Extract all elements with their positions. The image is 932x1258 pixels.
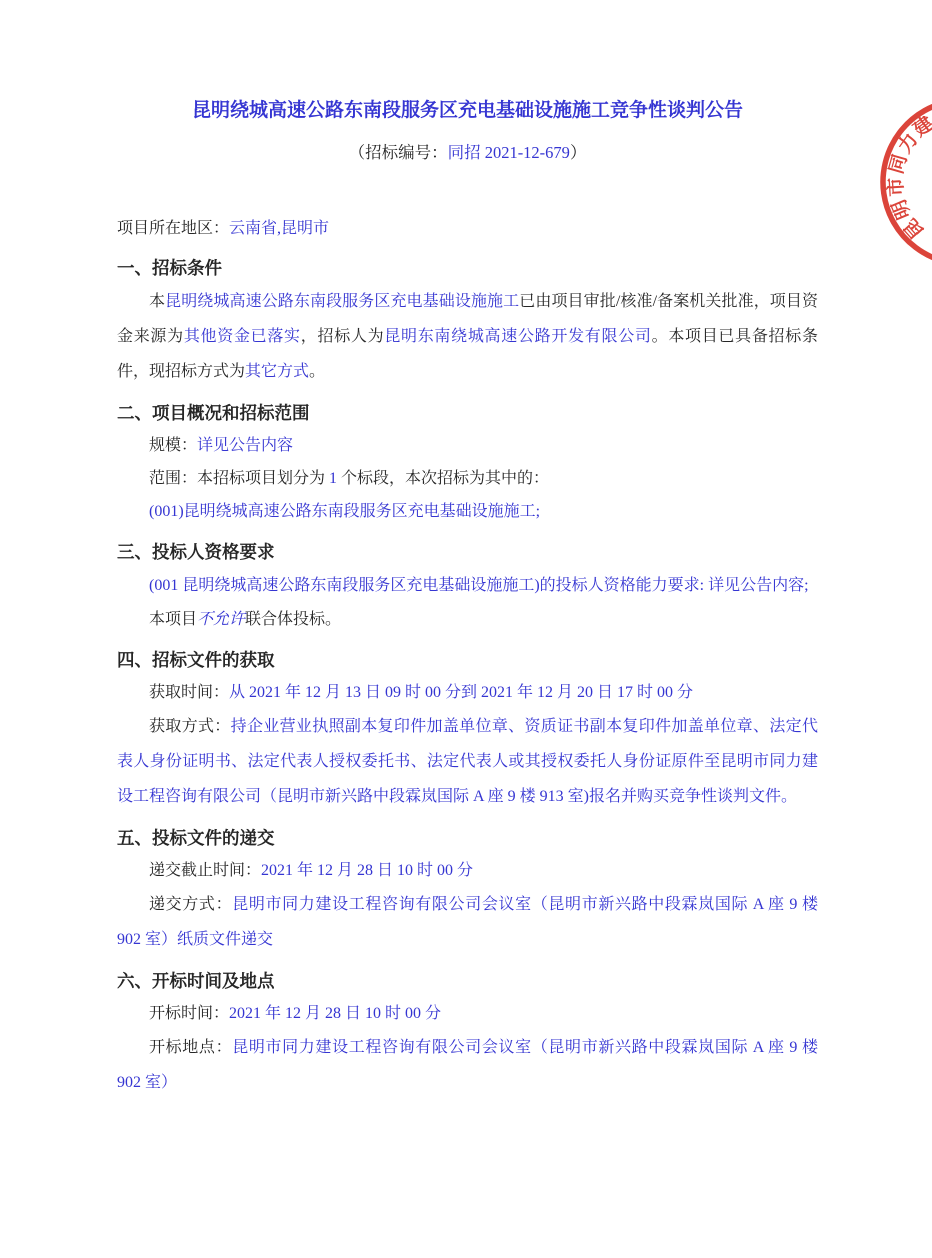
- section-4-heading-run-0: 四、招标文件的获取: [117, 650, 275, 670]
- qualification-paragraph-run-0: (001 昆明绕城高速公路东南段服务区充电基础设施施工)的投标人资格能力要求: …: [149, 577, 809, 594]
- qualification-paragraph: (001 昆明绕城高速公路东南段服务区充电基础设施施工)的投标人资格能力要求: …: [117, 568, 818, 603]
- consortium-line-run-0: 本项目: [149, 611, 197, 628]
- scope-line-run-0: 范围：本招标项目划分为: [149, 470, 329, 487]
- obtain-time-line-run-1: 从 2021 年 12 月 13 日 09 时 00 分到 2021 年 12 …: [229, 684, 693, 701]
- scale-line-run-0: 规模：: [149, 437, 197, 454]
- doc-title-run-0: 昆明绕城高速公路东南段服务区充电基础设施施工竞争性谈判公告: [192, 100, 743, 121]
- section-1-paragraph-run-4: ，招标人为: [301, 328, 385, 345]
- submission-deadline-line-run-0: 递交截止时间：: [149, 862, 261, 879]
- submission-deadline-line: 递交截止时间：2021 年 12 月 28 日 10 时 00 分: [117, 854, 818, 887]
- obtain-time-line: 获取时间：从 2021 年 12 月 13 日 09 时 00 分到 2021 …: [117, 676, 818, 709]
- section-1-paragraph-run-1: 昆明绕城高速公路东南段服务区充电基础设施施工: [165, 293, 519, 310]
- section-3-heading: 三、投标人资格要求: [117, 536, 818, 568]
- section-2-heading: 二、项目概况和招标范围: [117, 397, 818, 429]
- submission-method-paragraph: 递交方式：昆明市同力建设工程咨询有限公司会议室（昆明市新兴路中段霖岚国际 A 座…: [117, 887, 818, 957]
- scale-line: 规模：详见公告内容: [117, 429, 818, 462]
- consortium-line: 本项目不允许联合体投标。: [117, 603, 818, 636]
- section-3-heading-run-0: 三、投标人资格要求: [117, 542, 275, 562]
- scope-line-run-1: 1: [329, 470, 337, 487]
- opening-place-paragraph-run-0: 开标地点：: [149, 1039, 232, 1056]
- section-1-paragraph-run-0: 本: [149, 293, 165, 310]
- section-1-paragraph-run-8: 。: [309, 363, 325, 380]
- opening-time-line: 开标时间：2021 年 12 月 28 日 10 时 00 分: [117, 997, 818, 1030]
- opening-time-line-run-1: 2021 年 12 月 28 日 10 时 00 分: [229, 1005, 441, 1022]
- submission-method-paragraph-run-0: 递交方式：: [149, 896, 232, 913]
- section-list-line-run-0: (001)昆明绕城高速公路东南段服务区充电基础设施施工;: [149, 503, 540, 520]
- scope-line-run-2: 个标段，本次招标为其中的：: [337, 470, 549, 487]
- opening-time-line-run-0: 开标时间：: [149, 1005, 229, 1022]
- scope-line: 范围：本招标项目划分为 1 个标段，本次招标为其中的：: [117, 462, 818, 495]
- section-1-paragraph: 本昆明绕城高速公路东南段服务区充电基础设施施工已由项目审批/核准/备案机关批准，…: [117, 284, 818, 389]
- section-6-heading-run-0: 六、开标时间及地点: [117, 971, 275, 991]
- consortium-line-run-1: 不允许: [197, 611, 245, 628]
- doc-subtitle-tender-number-run-2: ）: [570, 143, 587, 162]
- consortium-line-run-2: 联合体投标。: [245, 611, 341, 628]
- section-1-paragraph-run-7: 其它方式: [245, 363, 309, 380]
- section-5-heading-run-0: 五、投标文件的递交: [117, 828, 275, 848]
- announcement-page: 昆明市同力建设工程咨询有限公司 昆明绕城高速公路东南段服务区充电基础设施施工竞争…: [0, 0, 932, 1258]
- obtain-method-paragraph-run-0: 获取方式：: [149, 718, 231, 735]
- opening-place-paragraph: 开标地点：昆明市同力建设工程咨询有限公司会议室（昆明市新兴路中段霖岚国际 A 座…: [117, 1030, 818, 1100]
- section-1-paragraph-run-5: 昆明东南绕城高速公路开发有限公司: [384, 328, 651, 345]
- section-4-heading: 四、招标文件的获取: [117, 644, 818, 676]
- section-1-heading: 一、招标条件: [117, 252, 818, 284]
- section-2-heading-run-0: 二、项目概况和招标范围: [117, 403, 310, 423]
- doc-subtitle-tender-number-run-1: 同招 2021-12-679: [448, 143, 570, 162]
- project-region-line-run-0: 项目所在地区：: [117, 220, 229, 237]
- section-1-heading-run-0: 一、招标条件: [117, 258, 222, 278]
- section-6-heading: 六、开标时间及地点: [117, 965, 818, 997]
- obtain-method-paragraph: 获取方式：持企业营业执照副本复印件加盖单位章、资质证书副本复印件加盖单位章、法定…: [117, 709, 818, 814]
- section-5-heading: 五、投标文件的递交: [117, 822, 818, 854]
- project-region-line: 项目所在地区：云南省,昆明市: [117, 214, 818, 244]
- doc-subtitle-tender-number-run-0: （招标编号：: [349, 143, 448, 162]
- obtain-time-line-run-0: 获取时间：: [149, 684, 229, 701]
- project-region-line-run-1: 云南省,昆明市: [229, 220, 329, 237]
- doc-title: 昆明绕城高速公路东南段服务区充电基础设施施工竞争性谈判公告: [117, 96, 818, 126]
- submission-deadline-line-run-1: 2021 年 12 月 28 日 10 时 00 分: [261, 862, 473, 879]
- scale-line-run-1: 详见公告内容: [197, 437, 293, 454]
- document-blocks: 昆明绕城高速公路东南段服务区充电基础设施施工竞争性谈判公告（招标编号：同招 20…: [0, 0, 932, 1100]
- doc-subtitle-tender-number: （招标编号：同招 2021-12-679）: [117, 138, 818, 168]
- section-list-line: (001)昆明绕城高速公路东南段服务区充电基础设施施工;: [117, 495, 818, 528]
- section-1-paragraph-run-3: 其他资金已落实: [184, 328, 301, 345]
